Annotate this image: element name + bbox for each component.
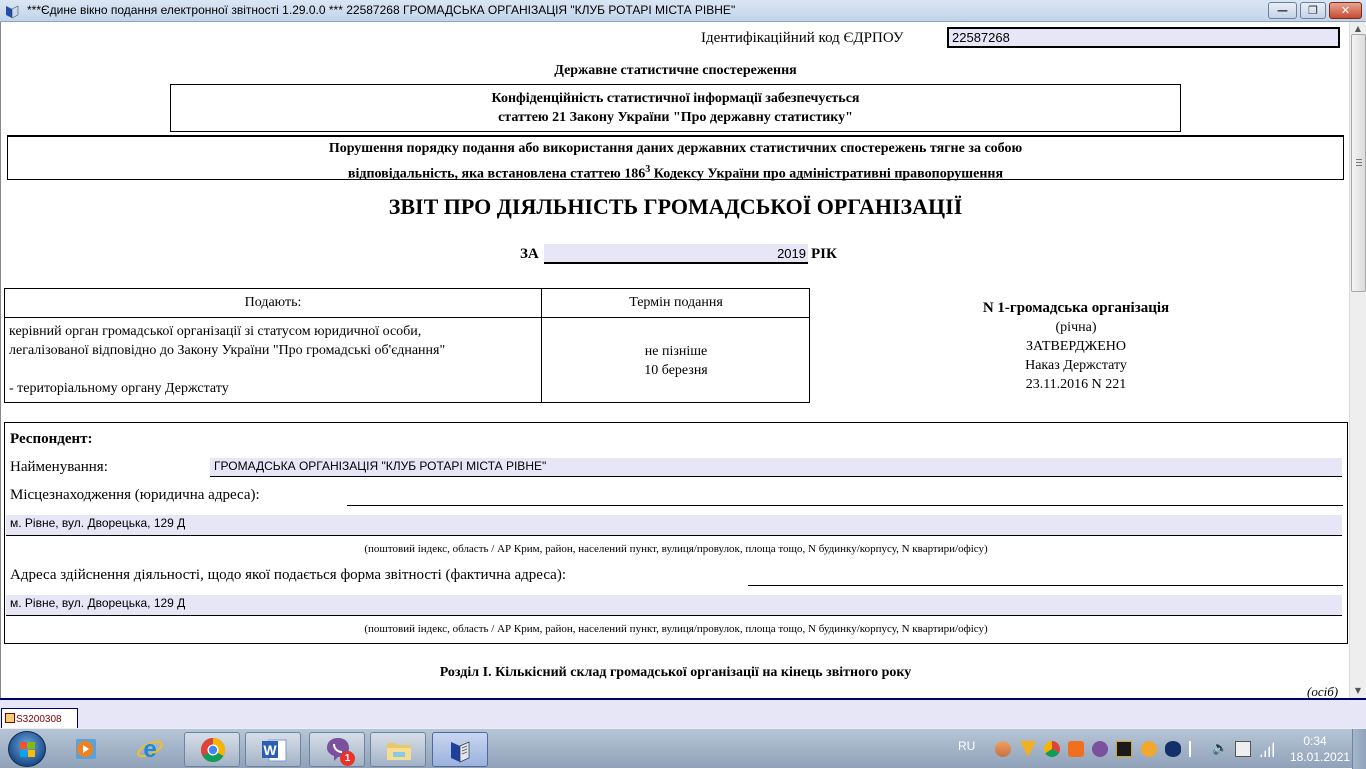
respondent-heading: Респондент: <box>10 431 93 448</box>
vertical-scrollbar[interactable]: ▲ ▼ <box>1349 22 1366 698</box>
submitters-table: Подають: Термін подання керівний орган г… <box>4 288 810 403</box>
window-title: ***Єдине вікно подання електронної звітн… <box>27 3 735 17</box>
form-info: N 1-громадська організація (річна) ЗАТВЕ… <box>901 299 1251 394</box>
scroll-down-icon[interactable]: ▼ <box>1350 684 1366 698</box>
scrollbar-thumb[interactable] <box>1351 34 1366 292</box>
minimize-button[interactable]: — <box>1268 2 1297 19</box>
actual-address-field[interactable]: м. Рівне, вул. Дворецька, 129 Д <box>6 595 1342 616</box>
liability-box: Порушення порядку подання або використан… <box>7 135 1344 180</box>
volume-icon[interactable]: 🔈 <box>1212 741 1228 757</box>
confidentiality-box: Конфіденційність статистичної інформації… <box>170 84 1181 132</box>
deadline-cell: не пізніше 10 березня <box>542 318 810 403</box>
taskbar-report-app[interactable] <box>432 732 488 767</box>
start-button[interactable] <box>8 731 46 767</box>
submitters-header: Подають: <box>5 289 542 318</box>
taskbar-viber[interactable]: 1 <box>309 732 365 767</box>
grip-icon <box>1356 159 1362 166</box>
folder-icon <box>385 736 413 764</box>
tray-app-icon[interactable] <box>1141 741 1157 757</box>
bluetooth-icon[interactable] <box>1165 741 1181 757</box>
taskbar-media-player[interactable] <box>58 732 114 767</box>
svg-text:e: e <box>143 736 156 763</box>
taskbar-word[interactable]: W <box>245 732 301 767</box>
window-titlebar: ***Єдине вікно подання електронної звітн… <box>0 0 1366 22</box>
windows-logo-icon <box>20 742 36 758</box>
form-number: N 1-громадська організація <box>901 299 1251 318</box>
app-icon <box>4 3 20 19</box>
tray-app-icon[interactable] <box>995 741 1011 757</box>
taskbar-internet-explorer[interactable]: e <box>122 732 178 767</box>
taskbar-file-explorer[interactable] <box>370 732 426 767</box>
media-player-icon <box>72 735 100 763</box>
restore-icon: ❐ <box>1301 3 1325 18</box>
deadline-header: Термін подання <box>542 289 810 318</box>
form-order-date: 23.11.2016 N 221 <box>901 375 1251 394</box>
report-year-field[interactable]: 2019 <box>544 244 808 264</box>
clock-time: 0:34 <box>1290 733 1340 749</box>
legal-address-label: Місцезнаходження (юридична адреса): <box>10 487 260 504</box>
language-indicator[interactable]: RU <box>958 739 975 753</box>
edrpou-field[interactable]: 22587268 <box>947 27 1340 48</box>
close-button[interactable]: ✕ <box>1329 2 1362 19</box>
units-label: (осіб) <box>1307 684 1338 698</box>
word-icon: W <box>260 736 288 764</box>
state-observation-heading: Державне статистичне спостереження <box>1 63 1349 79</box>
tray-chrome-icon[interactable] <box>1044 741 1060 757</box>
book-icon <box>5 713 15 723</box>
name-field[interactable]: ГРОМАДСЬКА ОРГАНІЗАЦІЯ "КЛУБ РОТАРІ МІСТ… <box>210 458 1342 477</box>
windows-taskbar: e W 1 <box>0 728 1366 768</box>
legal-address-line <box>347 505 1343 506</box>
report-app-icon <box>447 736 475 764</box>
name-label: Найменування: <box>10 459 108 476</box>
tray-avast-icon[interactable] <box>1068 741 1084 757</box>
confidentiality-text: Конфіденційність статистичної інформації… <box>171 85 1180 127</box>
legal-address-hint: (поштовий індекс, область / АР Крим, рай… <box>5 543 1347 555</box>
respondent-box: Респондент: Найменування: ГРОМАДСЬКА ОРГ… <box>4 422 1348 644</box>
liability-text: Порушення порядку подання або використан… <box>8 137 1343 185</box>
form-period: (річна) <box>901 318 1251 337</box>
legal-address-field[interactable]: м. Рівне, вул. Дворецька, 129 Д <box>6 515 1342 536</box>
actual-address-line <box>748 585 1343 586</box>
tray-viber-icon[interactable] <box>1092 741 1108 757</box>
tray-app-icon[interactable] <box>1020 741 1036 757</box>
viber-badge: 1 <box>340 751 355 766</box>
section1-title: Розділ I. Кількісний склад громадської о… <box>1 665 1349 681</box>
power-icon[interactable] <box>1235 741 1251 757</box>
actual-address-label: Адреса здійснення діяльності, щодо якої … <box>10 567 566 584</box>
close-icon: ✕ <box>1330 3 1361 18</box>
report-title: ЗВІТ ПРО ДІЯЛЬНІСТЬ ГРОМАДСЬКОЇ ОРГАНІЗА… <box>1 194 1349 220</box>
year-prefix: ЗА <box>520 246 539 263</box>
chrome-icon <box>199 736 227 764</box>
maximize-button[interactable]: ❐ <box>1300 2 1326 19</box>
form-approved: ЗАТВЕРДЖЕНО <box>901 337 1251 356</box>
doc-tab-label: S3200308 <box>16 714 62 725</box>
edrpou-label: Ідентифікаційний код ЄДРПОУ <box>701 30 903 47</box>
clock[interactable]: 0:34 18.01.2021 <box>1290 733 1340 765</box>
actual-address-hint: (поштовий індекс, область / АР Крим, рай… <box>5 623 1347 635</box>
submitters-cell: керівний орган громадської організації з… <box>5 318 542 403</box>
svg-text:W: W <box>263 742 277 758</box>
form-order: Наказ Держстату <box>901 356 1251 375</box>
year-suffix: РІК <box>811 246 837 263</box>
network-signal-icon[interactable] <box>1259 741 1275 757</box>
taskbar-chrome[interactable] <box>184 732 240 767</box>
minimize-icon: — <box>1269 3 1296 18</box>
clock-date: 18.01.2021 <box>1290 749 1340 765</box>
document-tabs-bar: S3200308 <box>0 698 1366 728</box>
show-desktop-button[interactable] <box>1352 729 1366 768</box>
tray-app-icon[interactable] <box>1116 741 1132 757</box>
form-content: Ідентифікаційний код ЄДРПОУ 22587268 Дер… <box>0 22 1349 698</box>
doc-tab-s3200308[interactable]: S3200308 <box>1 708 78 730</box>
action-center-flag-icon[interactable] <box>1189 741 1205 757</box>
internet-explorer-icon: e <box>136 735 164 763</box>
